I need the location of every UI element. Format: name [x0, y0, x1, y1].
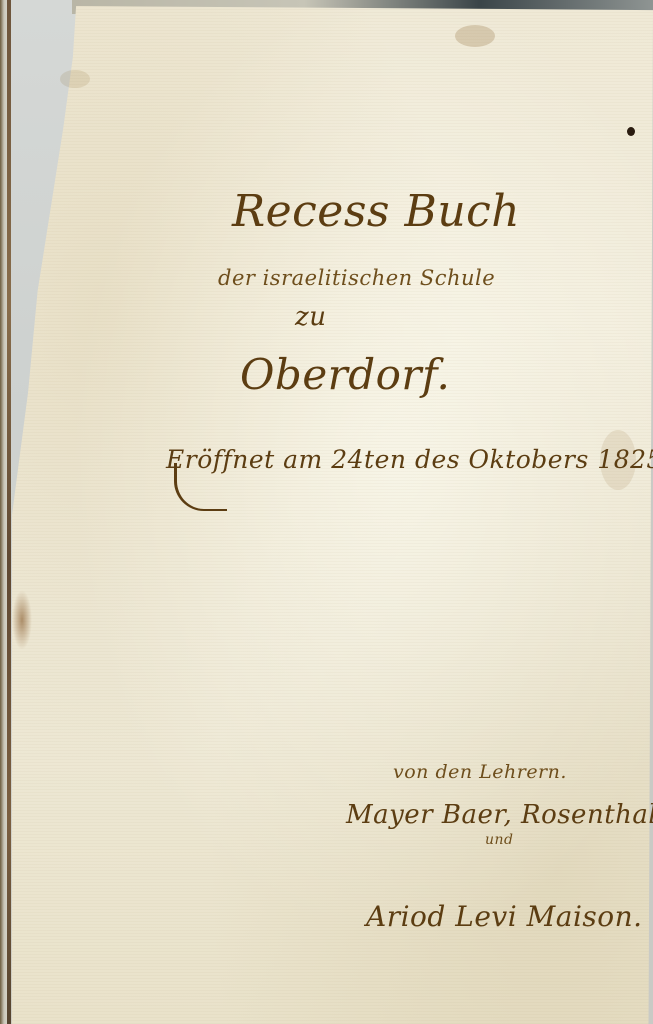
edge-damage: [12, 590, 32, 650]
document-title: Recess Buch: [232, 186, 520, 237]
preposition-text: zu: [295, 302, 326, 332]
ink-spot: [627, 127, 635, 136]
document-subtitle: der israelitischen Schule: [218, 266, 495, 290]
paper-stain: [455, 25, 495, 47]
manuscript-paper: [12, 6, 653, 1024]
opening-year: 1825: [597, 445, 653, 474]
book-spine-edge: [7, 0, 11, 1024]
opening-day: 24ten: [331, 445, 406, 474]
opening-month: des Oktobers: [415, 445, 589, 474]
signature-names: Mayer Baer, Rosenthal: [346, 800, 653, 830]
opening-date-line: Eröffnet am 24ten des Oktobers 1825: [166, 445, 653, 474]
signature-intro: von den Lehrern.: [393, 761, 567, 783]
place-name: Oberdorf.: [240, 350, 450, 399]
scanned-page: Recess Buch der israelitischen Schule zu…: [0, 0, 653, 1024]
signature-last-name: Ariod Levi Maison.: [366, 900, 643, 933]
paper-stain: [60, 70, 90, 88]
signature-conjunction: und: [485, 832, 514, 848]
